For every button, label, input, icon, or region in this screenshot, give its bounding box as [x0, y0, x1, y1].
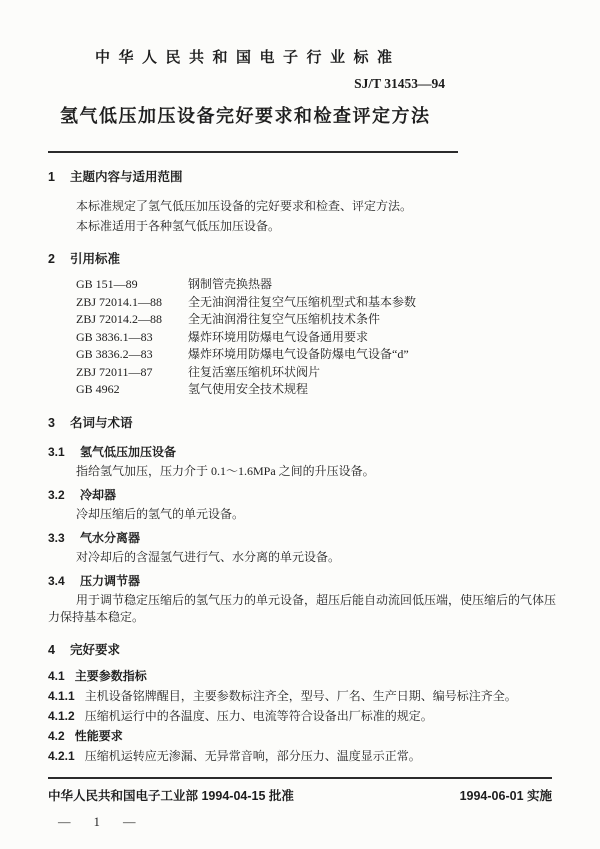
document-title: 氢气低压加压设备完好要求和检查评定方法: [60, 102, 600, 128]
reference-title: 全无油润滑往复空气压缩机技术条件: [188, 312, 380, 326]
section-1-paragraph: 本标准适用于各种氢气低压加压设备。: [48, 218, 560, 235]
clause-4-1: 4.1主要参数指标: [48, 666, 600, 686]
section-3-number: 3: [48, 416, 62, 430]
term-name: 压力调节器: [80, 574, 140, 588]
reference-item: ZBJ 72014.1—88全无油润滑往复空气压缩机型式和基本参数: [76, 294, 600, 312]
reference-code: ZBJ 72011—87: [76, 364, 188, 382]
reference-item: ZBJ 72014.2—88全无油润滑往复空气压缩机技术条件: [76, 311, 600, 329]
section-1-number: 1: [48, 170, 62, 184]
reference-standards-list: GB 151—89钢制管壳换热器 ZBJ 72014.1—88全无油润滑往复空气…: [76, 276, 600, 399]
reference-code: GB 3836.2—83: [76, 346, 188, 364]
term-number: 3.3: [48, 531, 70, 545]
section-1-paragraph: 本标准规定了氢气低压加压设备的完好要求和检查、评定方法。: [48, 198, 560, 215]
clause-number: 4.2: [48, 726, 65, 746]
reference-title: 氢气使用安全技术规程: [188, 382, 308, 396]
section-1-heading: 1主题内容与适用范围: [48, 167, 600, 185]
reference-title: 往复活塞压缩机环状阀片: [188, 365, 320, 379]
section-3-heading: 3名词与术语: [48, 413, 600, 431]
clause-4-1-2: 4.1.2压缩机运行中的各温度、压力、电流等符合设备出厂标准的规定。: [48, 706, 600, 726]
standard-category-heading: 中华人民共和国电子行业标准: [95, 46, 600, 67]
term-3-4-heading: 3.4压力调节器: [48, 572, 600, 589]
clause-4-2: 4.2性能要求: [48, 726, 600, 746]
clause-text: 性能要求: [75, 729, 123, 743]
clause-text: 压缩机运转应无渗漏、无异常音响，部分压力、温度显示正常。: [85, 749, 421, 763]
reference-code: GB 3836.1—83: [76, 329, 188, 347]
standard-number: SJ/T 31453—94: [0, 76, 445, 92]
term-name: 气水分离器: [80, 531, 140, 545]
section-2-title: 引用标准: [70, 252, 120, 266]
header-divider-rule: [48, 151, 458, 153]
term-3-1-definition: 指给氢气加压，压力介于 0.1～1.6MPa 之间的升压设备。: [48, 463, 560, 480]
term-3-3-definition: 对冷却后的含湿氢气进行气、水分离的单元设备。: [48, 549, 560, 566]
reference-code: ZBJ 72014.1—88: [76, 294, 188, 312]
page-number: — 1 —: [58, 815, 600, 830]
section-4-items: 4.1主要参数指标 4.1.1主机设备铭牌醒目，主要参数标注齐全，型号、厂名、生…: [0, 666, 600, 766]
reference-item: GB 3836.1—83爆炸环境用防爆电气设备通用要求: [76, 329, 600, 347]
clause-text: 压缩机运行中的各温度、压力、电流等符合设备出厂标准的规定。: [85, 709, 433, 723]
clause-4-1-1: 4.1.1主机设备铭牌醒目，主要参数标注齐全，型号、厂名、生产日期、编号标注齐全…: [48, 686, 600, 706]
term-number: 3.2: [48, 488, 70, 502]
clause-number: 4.2.1: [48, 746, 75, 766]
effective-date: 1994-06-01 实施: [460, 786, 552, 804]
term-3-3-heading: 3.3气水分离器: [48, 529, 600, 546]
reference-title: 钢制管壳换热器: [188, 277, 272, 291]
term-name: 冷却器: [80, 488, 116, 502]
reference-code: GB 151—89: [76, 276, 188, 294]
standard-document-page: 中华人民共和国电子行业标准 SJ/T 31453—94 氢气低压加压设备完好要求…: [0, 0, 600, 849]
reference-title: 爆炸环境用防爆电气设备通用要求: [188, 330, 368, 344]
approval-footer: 中华人民共和国电子工业部 1994-04-15 批准 1994-06-01 实施: [48, 786, 552, 804]
clause-text: 主机设备铭牌醒目，主要参数标注齐全，型号、厂名、生产日期、编号标注齐全。: [85, 689, 517, 703]
footer-divider-rule: [48, 777, 552, 779]
term-3-1-heading: 3.1氢气低压加压设备: [48, 443, 600, 460]
clause-text: 主要参数指标: [75, 669, 147, 683]
section-2-number: 2: [48, 252, 62, 266]
term-number: 3.1: [48, 445, 70, 459]
clause-number: 4.1.1: [48, 686, 75, 706]
term-3-2-definition: 冷却压缩后的氢气的单元设备。: [48, 506, 560, 523]
reference-item: GB 4962氢气使用安全技术规程: [76, 381, 600, 399]
reference-item: GB 151—89钢制管壳换热器: [76, 276, 600, 294]
reference-code: GB 4962: [76, 381, 188, 399]
reference-title: 爆炸环境用防爆电气设备防爆电气设备“d”: [188, 347, 409, 361]
approval-statement: 中华人民共和国电子工业部 1994-04-15 批准: [48, 786, 294, 804]
term-name: 氢气低压加压设备: [80, 445, 176, 459]
reference-item: GB 3836.2—83爆炸环境用防爆电气设备防爆电气设备“d”: [76, 346, 600, 364]
section-4-title: 完好要求: [70, 643, 120, 657]
term-number: 3.4: [48, 574, 70, 588]
section-4-heading: 4完好要求: [48, 640, 600, 658]
reference-title: 全无油润滑往复空气压缩机型式和基本参数: [188, 295, 416, 309]
term-3-4-definition: 用于调节稳定压缩后的氢气压力的单元设备，超压后能自动流回低压端，使压缩后的气体压…: [48, 592, 560, 626]
section-2-heading: 2引用标准: [48, 249, 600, 267]
section-1-title: 主题内容与适用范围: [70, 170, 183, 184]
reference-item: ZBJ 72011—87往复活塞压缩机环状阀片: [76, 364, 600, 382]
clause-number: 4.1.2: [48, 706, 75, 726]
reference-code: ZBJ 72014.2—88: [76, 311, 188, 329]
clause-4-2-1: 4.2.1压缩机运转应无渗漏、无异常音响，部分压力、温度显示正常。: [48, 746, 600, 766]
section-4-number: 4: [48, 643, 62, 657]
term-3-2-heading: 3.2冷却器: [48, 486, 600, 503]
section-3-title: 名词与术语: [70, 416, 133, 430]
clause-number: 4.1: [48, 666, 65, 686]
